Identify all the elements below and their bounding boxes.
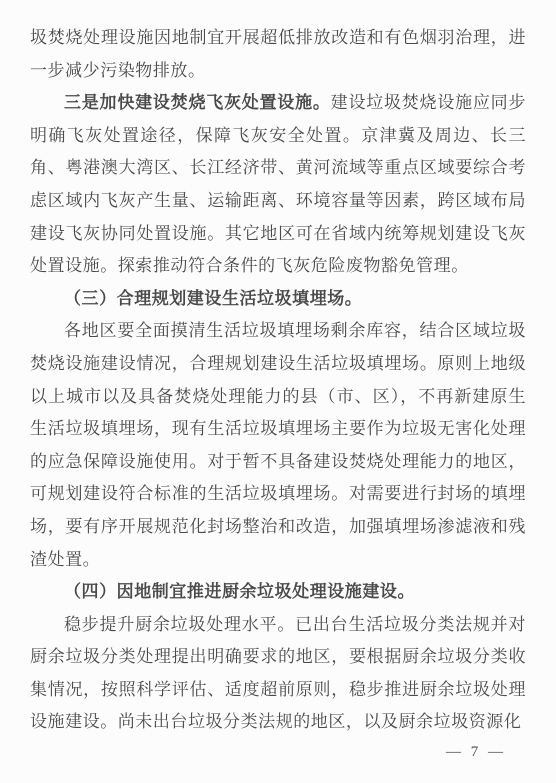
paragraph: 稳步提升厨余垃圾处理水平。已出台生活垃圾分类法规并对厨余垃圾分类处理提出明确要求…	[30, 609, 526, 739]
paragraph-text: 建设垃圾焚烧设施应同步明确飞灰处置途径，保障飞灰安全处置。京津冀及周边、长三角、…	[30, 93, 526, 275]
paragraph: 三是加快建设焚烧飞灰处置设施。建设垃圾焚烧设施应同步明确飞灰处置途径，保障飞灰安…	[30, 87, 526, 283]
paragraph-lead: 三是加快建设焚烧飞灰处置设施。	[64, 93, 331, 112]
paragraph-continuation: 圾焚烧处理设施因地制宜开展超低排放改造和有色烟羽治理，进一步减少污染物排放。	[30, 22, 526, 87]
document-page: 圾焚烧处理设施因地制宜开展超低排放改造和有色烟羽治理，进一步减少污染物排放。 三…	[0, 0, 556, 783]
page-number: — 7 —	[446, 744, 506, 761]
paragraph: 各地区要全面摸清生活垃圾填埋场剩余库容，结合区域垃圾焚烧设施建设情况，合理规划建…	[30, 315, 526, 576]
section-heading-three: （三）合理规划建设生活垃圾填埋场。	[30, 283, 526, 316]
section-heading-four: （四）因地制宜推进厨余垃圾处理设施建设。	[30, 576, 526, 609]
text-block: 圾焚烧处理设施因地制宜开展超低排放改造和有色烟羽治理，进一步减少污染物排放。 三…	[30, 22, 526, 739]
